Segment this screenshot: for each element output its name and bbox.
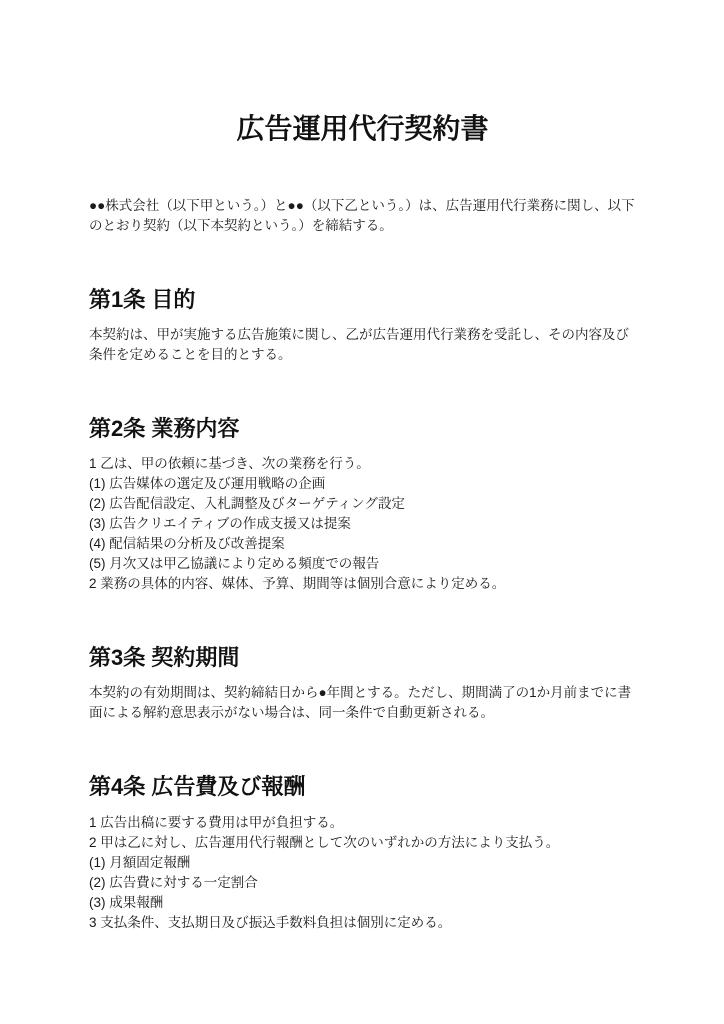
article-1-heading: 第1条 目的 bbox=[89, 287, 636, 312]
article-4-clause-2: 2 甲は乙に対し、広告運用代行報酬として次のいずれかの方法により支払う。 bbox=[89, 833, 636, 853]
document-title: 広告運用代行契約書 bbox=[89, 112, 636, 146]
section-article-4: 第4条 広告費及び報酬 1 広告出稿に要する費用は甲が負担する。 2 甲は乙に対… bbox=[89, 774, 636, 932]
article-4-item-3: (3) 成果報酬 bbox=[89, 893, 636, 913]
article-4-clause-3: 3 支払条件、支払期日及び振込手数料負担は個別に定める。 bbox=[89, 913, 636, 933]
article-2-item-2: (2) 広告配信設定、入札調整及びターゲティング設定 bbox=[89, 494, 636, 514]
intro-paragraph: ●●株式会社（以下甲という。）と●●（以下乙という。）は、広告運用代行業務に関し… bbox=[89, 196, 636, 236]
article-4-item-1: (1) 月額固定報酬 bbox=[89, 853, 636, 873]
article-4-clause-1: 1 広告出稿に要する費用は甲が負担する。 bbox=[89, 813, 636, 833]
section-article-2: 第2条 業務内容 1 乙は、甲の依頼に基づき、次の業務を行う。 (1) 広告媒体… bbox=[89, 416, 636, 594]
article-2-clause-2: 2 業務の具体的内容、媒体、予算、期間等は個別合意により定める。 bbox=[89, 574, 636, 594]
contract-document-page: 広告運用代行契約書 ●●株式会社（以下甲という。）と●●（以下乙という。）は、広… bbox=[0, 0, 724, 1024]
article-1-body: 本契約は、甲が実施する広告施策に関し、乙が広告運用代行業務を受託し、その内容及び… bbox=[89, 325, 636, 365]
article-4-heading: 第4条 広告費及び報酬 bbox=[89, 774, 636, 799]
article-2-item-5: (5) 月次又は甲乙協議により定める頻度での報告 bbox=[89, 554, 636, 574]
article-3-heading: 第3条 契約期間 bbox=[89, 645, 636, 670]
article-2-item-4: (4) 配信結果の分析及び改善提案 bbox=[89, 534, 636, 554]
article-2-heading: 第2条 業務内容 bbox=[89, 416, 636, 441]
article-2-clause-1: 1 乙は、甲の依頼に基づき、次の業務を行う。 bbox=[89, 454, 636, 474]
article-2-item-3: (3) 広告クリエイティブの作成支援又は提案 bbox=[89, 514, 636, 534]
article-3-body: 本契約の有効期間は、契約締結日から●年間とする。ただし、期間満了の1か月前までに… bbox=[89, 683, 636, 723]
article-2-item-1: (1) 広告媒体の選定及び運用戦略の企画 bbox=[89, 474, 636, 494]
section-article-3: 第3条 契約期間 本契約の有効期間は、契約締結日から●年間とする。ただし、期間満… bbox=[89, 645, 636, 723]
section-article-1: 第1条 目的 本契約は、甲が実施する広告施策に関し、乙が広告運用代行業務を受託し… bbox=[89, 287, 636, 365]
article-4-item-2: (2) 広告費に対する一定割合 bbox=[89, 873, 636, 893]
